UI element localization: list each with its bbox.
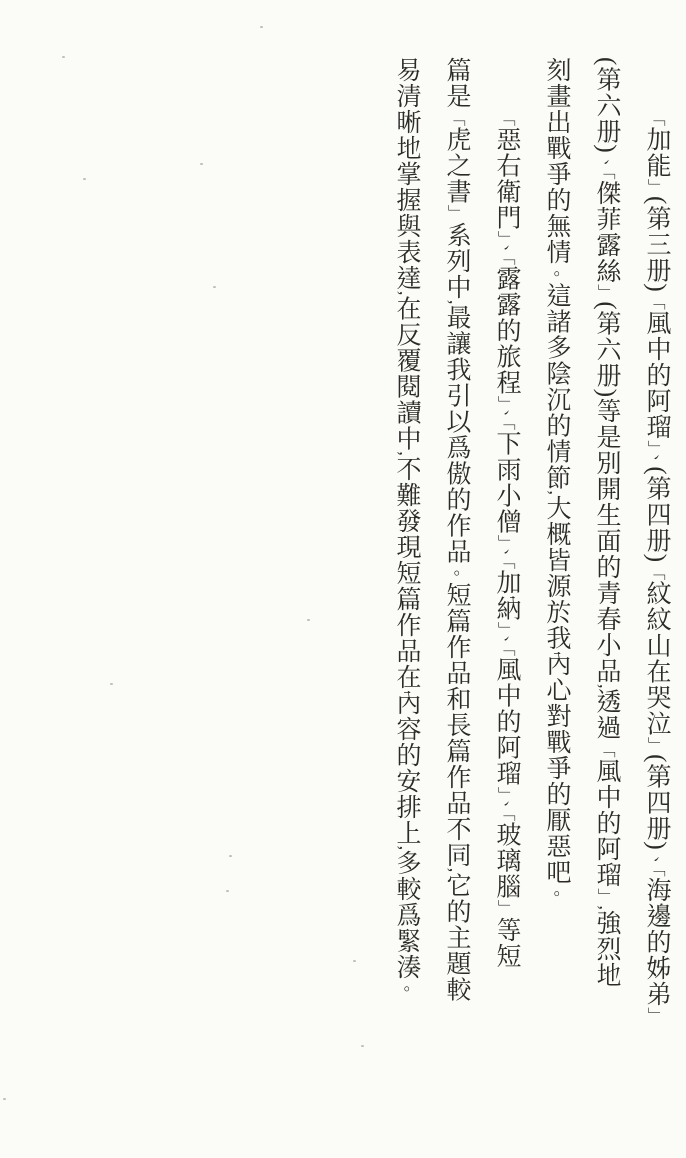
text-column-3: 刻畫出戰爭的無情。這諸多陰沉的情節,大概皆源於我內心對戰爭的厭惡吧。 <box>531 57 581 1102</box>
scan-speck <box>353 960 356 962</box>
scan-speck <box>307 619 310 621</box>
text-column-2: (第六册)、「傑菲露絲」(第六册)等是別開生面的青春小品,透過「風中的阿瑠」,強… <box>581 57 631 1102</box>
scan-speck <box>226 890 229 892</box>
scan-speck <box>110 683 113 685</box>
scan-speck <box>361 1045 364 1047</box>
scan-speck <box>229 855 232 857</box>
text-column-4: 「惡右衛門」、「露露的旅程」、「下雨小僧」、「加納」、「風中的阿瑠」、「玻璃腦」… <box>481 57 531 1102</box>
text-column-6: 易清晰地掌握與表達,在反覆閱讀中,不難發現短篇作品在內容的安排上,多較爲緊湊。 <box>381 57 431 1102</box>
text-column-5: 篇是「虎之書」系列中,最讓我引以爲傲的作品。短篇作品和長篇作品不同,它的主題較 <box>431 57 481 1102</box>
scan-speck <box>83 178 86 180</box>
scan-speck <box>3 1098 6 1100</box>
scan-speck <box>62 56 65 58</box>
scan-speck <box>260 26 263 28</box>
scan-speck <box>213 286 216 288</box>
scan-speck <box>200 163 203 165</box>
text-column-1: 「加能」(第三册)「風中的阿瑠」、(第四册)「紋紋山在哭泣」(第四册)、「海邊的… <box>631 57 681 1102</box>
vertical-text-block: 「加能」(第三册)「風中的阿瑠」、(第四册)「紋紋山在哭泣」(第四册)、「海邊的… <box>381 57 681 1102</box>
book-page: 「加能」(第三册)「風中的阿瑠」、(第四册)「紋紋山在哭泣」(第四册)、「海邊的… <box>0 0 686 1158</box>
